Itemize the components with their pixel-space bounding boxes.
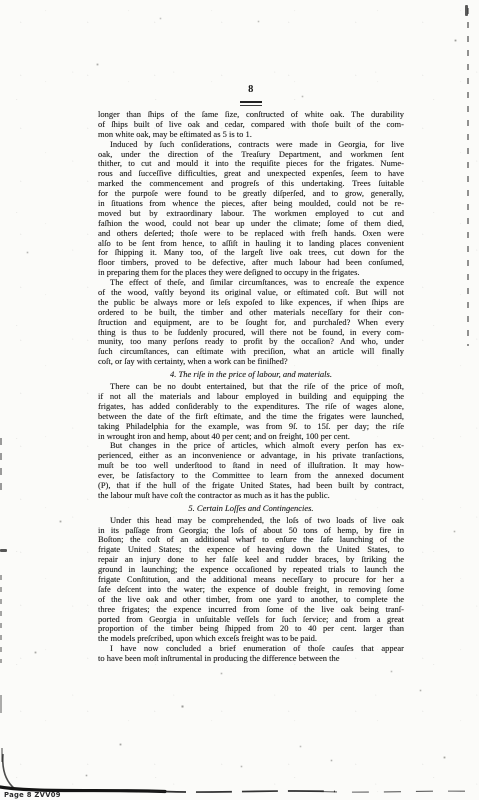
- text-line: in ſituations from whence the pieces, af…: [98, 199, 404, 209]
- text-line: between the date of the firſt eſtimate, …: [98, 412, 404, 422]
- paragraph: Under this head may be comprehended, the…: [98, 516, 404, 645]
- text-line: mon white oak, may be eſtimated as 5 is …: [98, 130, 404, 140]
- left-binding-mark: [0, 575, 2, 663]
- text-line: and others deſerted; thoſe were to be re…: [98, 229, 404, 239]
- text-line: if not all the materials and labour empl…: [98, 392, 404, 402]
- text-line: repair an injury done to her falſe keel …: [98, 555, 404, 565]
- text-line: I have now concluded a brief enumeration…: [98, 644, 404, 654]
- text-line: longer than ſhips of the ſame ſize, conſ…: [98, 110, 404, 120]
- section-heading: 5. Certain Loſſes and Contingencies.: [98, 504, 404, 514]
- text-line: alſo to be ſent from hence, to aſſiſt in…: [98, 239, 404, 249]
- scanned-document-page: 8 longer than ſhips of the ſame ſize, co…: [0, 0, 479, 800]
- text-line: of the wood, vaſtly beyond its original …: [98, 288, 404, 298]
- text-line: the labour muſt have coſt the contractor…: [98, 491, 404, 501]
- paragraph: longer than ſhips of the ſame ſize, conſ…: [98, 110, 404, 140]
- text-line: coſt, or ſay with certainty, when a work…: [98, 357, 404, 367]
- paragraph: There can be no doubt entertained, but t…: [98, 382, 404, 441]
- page-curl-artifact: [0, 740, 479, 800]
- text-line: three frigates; the expence incurred fro…: [98, 605, 404, 615]
- text-line: perienced, either as an inconvenience or…: [98, 451, 404, 461]
- rule-thin-line: [240, 105, 262, 106]
- section-heading: 4. The riſe in the price of labour, and …: [98, 370, 404, 380]
- paragraph: Induced by ſuch conſiderations, contract…: [98, 140, 404, 278]
- left-binding-mark: [0, 438, 2, 496]
- rule-thick-line: [240, 101, 262, 103]
- text-line: of ſhips built of live oak and cedar, co…: [98, 120, 404, 130]
- paragraph: The effect of theſe, and ſimilar circumſ…: [98, 278, 404, 367]
- text-line: rous and ſucceſſive difficulties, great …: [98, 169, 404, 179]
- text-line: Boſton; the coſt of an additional wharf …: [98, 535, 404, 545]
- text-line: ſafe deſcent into the water; the expence…: [98, 585, 404, 595]
- text-line: 5. Certain Loſſes and Contingencies.: [98, 504, 404, 514]
- left-binding-mark: [0, 549, 7, 552]
- text-line: in its paſſage from Georgia; the loſs of…: [98, 526, 404, 536]
- text-line: the public be always more or leſs expoſe…: [98, 298, 404, 308]
- text-line: ſuch circumſtances, can eſtimate with pr…: [98, 347, 404, 357]
- page-number-rule: [240, 101, 262, 106]
- text-line: frigates, has added conſiderably to the …: [98, 402, 404, 412]
- text-line: Induced by ſuch conſiderations, contract…: [98, 140, 404, 150]
- text-line: for ſhipping it. Many too, of the largeſ…: [98, 248, 404, 258]
- text-line: muſt be too well underſtood to ſtand in …: [98, 461, 404, 471]
- text-line: munity, too many perſons ready to profit…: [98, 337, 404, 347]
- right-edge-corner-mark: [465, 5, 468, 16]
- text-line: ever, be ſatisfactory to the Committee t…: [98, 471, 404, 481]
- text-line: 4. The riſe in the price of labour, and …: [98, 370, 404, 380]
- text-line: (P), that if the hull of the frigate Uni…: [98, 481, 404, 491]
- text-line: Under this head may be comprehended, the…: [98, 516, 404, 526]
- right-page-edge-artifact: [467, 8, 469, 346]
- text-line: of the live oak and other timber, from o…: [98, 595, 404, 605]
- text-line: moved but by extraordinary labour. The w…: [98, 209, 404, 219]
- text-line: ordered to be built, the timber and othe…: [98, 308, 404, 318]
- left-binding-mark: [0, 695, 2, 713]
- text-line: thing is thus to be ſuddenly procured, w…: [98, 328, 404, 338]
- page-number: 8: [98, 84, 404, 95]
- text-line: thither, to cut and mould it into the re…: [98, 159, 404, 169]
- text-line: ground in launching; the expence occaſio…: [98, 565, 404, 575]
- document-text: longer than ſhips of the ſame ſize, conſ…: [98, 110, 404, 664]
- text-line: for the purpoſe were found to be greatly…: [98, 189, 404, 199]
- text-line: to have been moſt inſtrumental in produc…: [98, 654, 404, 664]
- text-line: faſhion the wood, could not bear up unde…: [98, 219, 404, 229]
- text-line: But changes in the price of articles, wh…: [98, 441, 404, 451]
- text-line: in wrought iron and hemp, about 40 per c…: [98, 432, 404, 442]
- text-line: frigate United States; the expence of he…: [98, 545, 404, 555]
- scan-footer-label: Page 8 ZVV09: [4, 791, 61, 799]
- text-line: The effect of theſe, and ſimilar circumſ…: [98, 278, 404, 288]
- text-line: the models preſcribed, upon which exceſs…: [98, 634, 404, 644]
- text-line: marked the commencement and progreſs of …: [98, 179, 404, 189]
- text-line: ported from Georgia in unſuitable veſſel…: [98, 615, 404, 625]
- text-line: in preparing them for the places they we…: [98, 268, 404, 278]
- text-line: floor timbers, proved to be defective, a…: [98, 258, 404, 268]
- text-line: There can be no doubt entertained, but t…: [98, 382, 404, 392]
- paragraph: But changes in the price of articles, wh…: [98, 441, 404, 500]
- text-line: proportion of the timber being ſhipped f…: [98, 624, 404, 634]
- text-line: oak, under the direction of the Treaſury…: [98, 150, 404, 160]
- paragraph: I have now concluded a brief enumeration…: [98, 644, 404, 664]
- text-line: taking Philadelphia for the example, was…: [98, 422, 404, 432]
- text-line: ſtruction and equipment, are to be ſough…: [98, 318, 404, 328]
- text-line: frigate Conſtitution, and the additional…: [98, 575, 404, 585]
- scan-noise-specks: [0, 0, 1, 1]
